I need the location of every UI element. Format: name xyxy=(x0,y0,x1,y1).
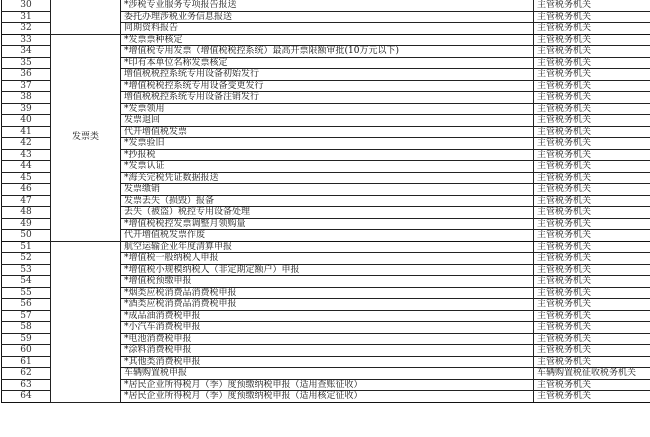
authority-cell: 主管税务机关 xyxy=(534,161,650,173)
row-number-cell: 39 xyxy=(2,103,51,115)
item-description-cell: *涉税专业服务专项报告报送 xyxy=(121,0,534,11)
row-number-cell: 31 xyxy=(2,11,51,23)
item-description-cell: *成品油消费税申报 xyxy=(121,310,534,322)
authority-cell: 主管税务机关 xyxy=(534,149,650,161)
row-number-cell: 47 xyxy=(2,195,51,207)
authority-cell: 主管税务机关 xyxy=(534,253,650,265)
category-cell xyxy=(51,0,121,34)
item-description-cell: 委托办理涉税业务信息报送 xyxy=(121,11,534,23)
row-number-cell: 44 xyxy=(2,161,51,173)
item-description-cell: 代开增值税发票 xyxy=(121,126,534,138)
row-number-cell: 54 xyxy=(2,276,51,288)
item-description-cell: *增值税专用发票（增值税税控系统）最高开票限额审批(10万元以下) xyxy=(121,46,534,58)
authority-cell: 主管税务机关 xyxy=(534,46,650,58)
item-description-cell: *发票领用 xyxy=(121,103,534,115)
item-description-cell: 增值税税控系统专用设备注销发行 xyxy=(121,92,534,104)
row-number-cell: 53 xyxy=(2,264,51,276)
row-number-cell: 37 xyxy=(2,80,51,92)
row-number-cell: 56 xyxy=(2,299,51,311)
row-number-cell: 35 xyxy=(2,57,51,69)
authority-cell: 主管税务机关 xyxy=(534,138,650,150)
item-description-cell: *海关完税凭证数据报送 xyxy=(121,172,534,184)
authority-cell: 主管税务机关 xyxy=(534,23,650,35)
item-description-cell: *增值税税控发票调整月领购量 xyxy=(121,218,534,230)
item-description-cell: *发票认证 xyxy=(121,161,534,173)
row-number-cell: 42 xyxy=(2,138,51,150)
authority-cell: 主管税务机关 xyxy=(534,391,650,403)
row-number-cell: 51 xyxy=(2,241,51,253)
row-number-cell: 38 xyxy=(2,92,51,104)
row-number-cell: 61 xyxy=(2,356,51,368)
item-description-cell: *涂料消费税申报 xyxy=(121,345,534,357)
row-number-cell: 52 xyxy=(2,253,51,265)
row-number-cell: 64 xyxy=(2,391,51,403)
item-description-cell: *酒类应税消费品消费税申报 xyxy=(121,299,534,311)
item-description-cell: *其他类消费税申报 xyxy=(121,356,534,368)
item-description-cell: *印有本单位名称发票核定 xyxy=(121,57,534,69)
row-number-cell: 34 xyxy=(2,46,51,58)
category-cell: 发票类 xyxy=(51,34,121,241)
authority-cell: 主管税务机关 xyxy=(534,172,650,184)
authority-cell: 主管税务机关 xyxy=(534,92,650,104)
item-description-cell: *抄报税 xyxy=(121,149,534,161)
authority-cell: 主管税务机关 xyxy=(534,218,650,230)
authority-cell: 主管税务机关 xyxy=(534,356,650,368)
item-description-cell: 发票退回 xyxy=(121,115,534,127)
item-description-cell: *增值税预缴申报 xyxy=(121,276,534,288)
authority-cell: 主管税务机关 xyxy=(534,207,650,219)
authority-cell: 主管税务机关 xyxy=(534,184,650,196)
row-number-cell: 57 xyxy=(2,310,51,322)
item-description-cell: 车辆购置税申报 xyxy=(121,368,534,380)
row-number-cell: 40 xyxy=(2,115,51,127)
item-description-cell: *烟类应税消费品消费税申报 xyxy=(121,287,534,299)
item-description-cell: 航空运输企业年度清算申报 xyxy=(121,241,534,253)
row-number-cell: 58 xyxy=(2,322,51,334)
authority-cell: 主管税务机关 xyxy=(534,345,650,357)
authority-cell: 主管税务机关 xyxy=(534,69,650,81)
item-description-cell: *小汽车消费税申报 xyxy=(121,322,534,334)
row-number-cell: 50 xyxy=(2,230,51,242)
table-body: 30*涉税专业服务专项报告报送主管税务机关31委托办理涉税业务信息报送主管税务机… xyxy=(2,0,650,402)
authority-cell: 主管税务机关 xyxy=(534,115,650,127)
authority-cell: 主管税务机关 xyxy=(534,322,650,334)
authority-cell: 主管税务机关 xyxy=(534,333,650,345)
row-number-cell: 43 xyxy=(2,149,51,161)
item-description-cell: 发票缴销 xyxy=(121,184,534,196)
item-description-cell: *居民企业所得税月（季）度预缴纳税申报（适用查账征收） xyxy=(121,379,534,391)
item-description-cell: 代开增值税发票作废 xyxy=(121,230,534,242)
authority-cell: 主管税务机关 xyxy=(534,287,650,299)
row-number-cell: 59 xyxy=(2,333,51,345)
authority-cell: 主管税务机关 xyxy=(534,310,650,322)
item-description-cell: *增值税小规模纳税人（非定期定额户）申报 xyxy=(121,264,534,276)
item-description-cell: *发票票种核定 xyxy=(121,34,534,46)
authority-cell: 主管税务机关 xyxy=(534,126,650,138)
authority-cell: 主管税务机关 xyxy=(534,80,650,92)
authority-cell: 主管税务机关 xyxy=(534,264,650,276)
authority-cell: 主管税务机关 xyxy=(534,195,650,207)
row-number-cell: 60 xyxy=(2,345,51,357)
table-row: 33发票类*发票票种核定主管税务机关 xyxy=(2,34,650,46)
authority-cell: 主管税务机关 xyxy=(534,241,650,253)
authority-cell: 主管税务机关 xyxy=(534,0,650,11)
row-number-cell: 46 xyxy=(2,184,51,196)
authority-cell: 主管税务机关 xyxy=(534,379,650,391)
authority-cell: 主管税务机关 xyxy=(534,11,650,23)
row-number-cell: 33 xyxy=(2,34,51,46)
item-description-cell: *增值税税控系统专用设备变更发行 xyxy=(121,80,534,92)
item-description-cell: 同期资料报告 xyxy=(121,23,534,35)
table-row: 51航空运输企业年度清算申报主管税务机关 xyxy=(2,241,650,253)
row-number-cell: 30 xyxy=(2,0,51,11)
item-description-cell: *电池消费税申报 xyxy=(121,333,534,345)
item-description-cell: 发票丢失（损毁）报备 xyxy=(121,195,534,207)
row-number-cell: 45 xyxy=(2,172,51,184)
row-number-cell: 55 xyxy=(2,287,51,299)
row-number-cell: 63 xyxy=(2,379,51,391)
row-number-cell: 36 xyxy=(2,69,51,81)
item-description-cell: *居民企业所得税月（季）度预缴纳税申报（适用核定征收） xyxy=(121,391,534,403)
authority-cell: 主管税务机关 xyxy=(534,57,650,69)
tax-items-table: 30*涉税专业服务专项报告报送主管税务机关31委托办理涉税业务信息报送主管税务机… xyxy=(1,0,650,403)
table-row: 30*涉税专业服务专项报告报送主管税务机关 xyxy=(2,0,650,11)
row-number-cell: 49 xyxy=(2,218,51,230)
authority-cell: 主管税务机关 xyxy=(534,276,650,288)
row-number-cell: 41 xyxy=(2,126,51,138)
authority-cell: 主管税务机关 xyxy=(534,299,650,311)
item-description-cell: 增值税税控系统专用设备初始发行 xyxy=(121,69,534,81)
item-description-cell: *增值税一般纳税人申报 xyxy=(121,253,534,265)
authority-cell: 主管税务机关 xyxy=(534,103,650,115)
row-number-cell: 62 xyxy=(2,368,51,380)
row-number-cell: 48 xyxy=(2,207,51,219)
authority-cell: 主管税务机关 xyxy=(534,230,650,242)
authority-cell: 主管税务机关 xyxy=(534,34,650,46)
authority-cell: 车辆购置税征收税务机关 xyxy=(534,368,650,380)
item-description-cell: *发票验旧 xyxy=(121,138,534,150)
row-number-cell: 32 xyxy=(2,23,51,35)
item-description-cell: 丢失（被盗）税控专用设备处理 xyxy=(121,207,534,219)
category-cell xyxy=(51,241,121,402)
